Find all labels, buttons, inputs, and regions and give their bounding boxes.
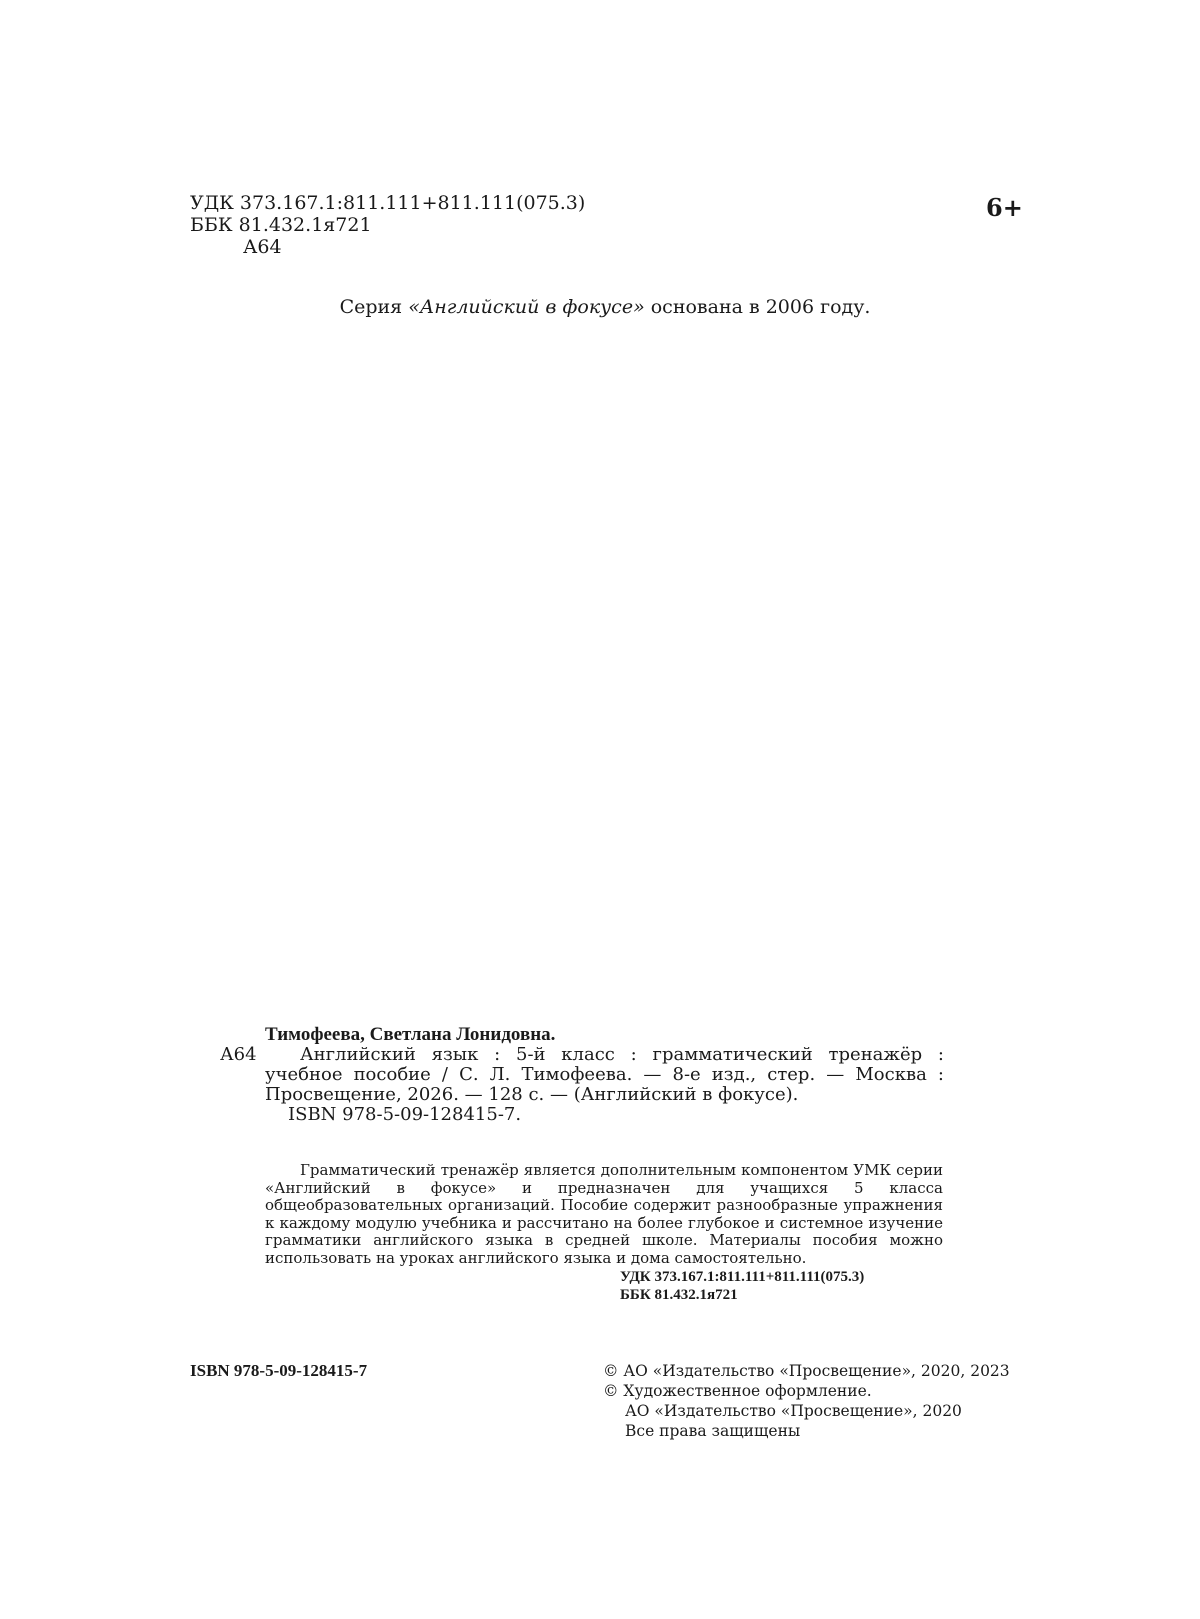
copyright-line: © Художественное оформление. — [603, 1381, 1010, 1401]
series-prefix: Серия — [340, 296, 409, 318]
author-mark: А64 — [190, 236, 585, 258]
bbk-code-bottom: ББК 81.432.1я721 — [620, 1287, 864, 1305]
series-note: Серия «Английский в фокусе» основана в 2… — [0, 296, 1200, 318]
classification-footer: УДК 373.167.1:811.111+811.111(075.3) ББК… — [620, 1269, 864, 1304]
record-author-mark: А64 — [220, 1045, 257, 1065]
bibliographic-record: Тимофеева, Светлана Лонидовна. А64 Англи… — [220, 1025, 944, 1125]
copyright-line: АО «Издательство «Просвещение», 2020 — [603, 1401, 1010, 1421]
copyright-line: © АО «Издательство «Просвещение», 2020, … — [603, 1361, 1010, 1381]
isbn-footer: ISBN 978-5-09-128415-7 — [190, 1361, 367, 1381]
bbk-code: ББК 81.432.1я721 — [190, 214, 585, 236]
annotation: Грамматический тренажёр является дополни… — [265, 1162, 943, 1267]
age-rating: 6+ — [986, 193, 1023, 222]
copyright-line: Все права защищены — [603, 1421, 1010, 1441]
classification-header: УДК 373.167.1:811.111+811.111(075.3) ББК… — [190, 192, 585, 258]
record-isbn: ISBN 978-5-09-128415-7. — [220, 1105, 944, 1125]
copyright-block: © АО «Издательство «Просвещение», 2020, … — [603, 1361, 1010, 1441]
annotation-text: Грамматический тренажёр является дополни… — [265, 1162, 943, 1267]
udk-code-bottom: УДК 373.167.1:811.111+811.111(075.3) — [620, 1269, 864, 1287]
record-description: Английский язык : 5-й класс : грамматиче… — [265, 1045, 944, 1105]
series-suffix: основана в 2006 году. — [645, 296, 871, 318]
udk-code: УДК 373.167.1:811.111+811.111(075.3) — [190, 192, 585, 214]
series-title: «Английский в фокусе» — [408, 296, 645, 318]
record-author: Тимофеева, Светлана Лонидовна. — [220, 1025, 944, 1045]
